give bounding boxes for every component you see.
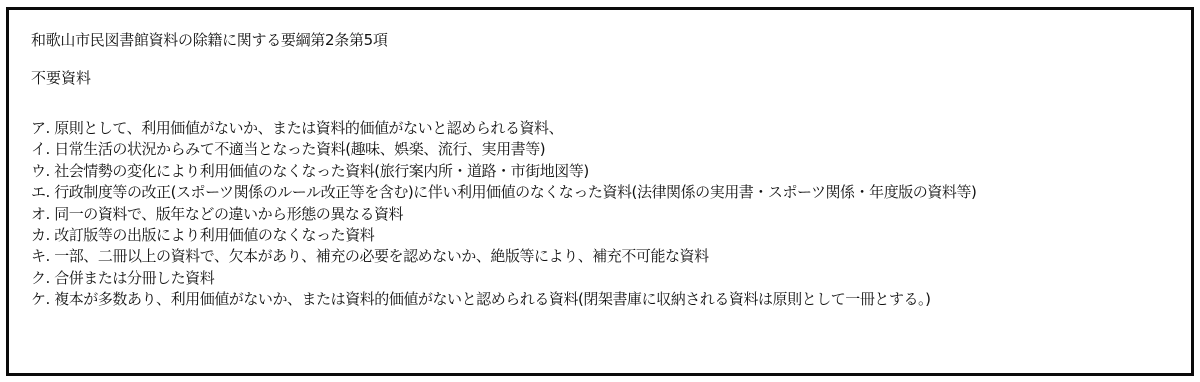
criteria-list: ア. 原則として、利用価値がないか、または資料的価値がないと認められる資料、 イ… bbox=[31, 118, 976, 311]
item-text: 改訂版等の出版により利用価値のなくなった資料 bbox=[50, 226, 374, 244]
item-text: 複本が多数あり、利用価値がないか、または資料的価値がないと認められる資料(閉架書… bbox=[50, 290, 931, 308]
item-marker: エ. bbox=[31, 182, 50, 203]
item-marker: オ. bbox=[31, 204, 50, 225]
list-item: ク. 合併または分冊した資料 bbox=[31, 268, 976, 289]
list-item: カ. 改訂版等の出版により利用価値のなくなった資料 bbox=[31, 225, 976, 246]
item-marker: イ. bbox=[31, 139, 50, 160]
document-box: 和歌山市民図書館資料の除籍に関する要綱第2条第5項 不要資料 ア. 原則として、… bbox=[6, 7, 1194, 376]
item-marker: ケ. bbox=[31, 289, 50, 310]
document-subtitle: 不要資料 bbox=[31, 68, 91, 88]
item-marker: キ. bbox=[31, 246, 50, 267]
item-text: 合併または分冊した資料 bbox=[50, 269, 214, 287]
item-marker: カ. bbox=[31, 225, 50, 246]
item-text: 社会情勢の変化により利用価値のなくなった資料(旅行案内所・道路・市街地図等) bbox=[50, 162, 589, 180]
list-item: キ. 一部、二冊以上の資料で、欠本があり、補充の必要を認めないか、絶版等により、… bbox=[31, 246, 976, 267]
list-item: ケ. 複本が多数あり、利用価値がないか、または資料的価値がないと認められる資料(… bbox=[31, 289, 976, 310]
list-item: ウ. 社会情勢の変化により利用価値のなくなった資料(旅行案内所・道路・市街地図等… bbox=[31, 161, 976, 182]
item-text: 一部、二冊以上の資料で、欠本があり、補充の必要を認めないか、絶版等により、補充不… bbox=[50, 247, 709, 265]
document-title: 和歌山市民図書館資料の除籍に関する要綱第2条第5項 bbox=[31, 30, 388, 50]
list-item: オ. 同一の資料で、版年などの違いから形態の異なる資料 bbox=[31, 204, 976, 225]
item-text: 原則として、利用価値がないか、または資料的価値がないと認められる資料、 bbox=[50, 119, 563, 137]
item-marker: ク. bbox=[31, 268, 50, 289]
item-marker: ウ. bbox=[31, 161, 50, 182]
list-item: エ. 行政制度等の改正(スポーツ関係のルール改正等を含む)に伴い利用価値のなくな… bbox=[31, 182, 976, 203]
item-text: 行政制度等の改正(スポーツ関係のルール改正等を含む)に伴い利用価値のなくなった資… bbox=[50, 183, 977, 201]
item-marker: ア. bbox=[31, 118, 50, 139]
item-text: 日常生活の状況からみて不適当となった資料(趣味、娯楽、流行、実用書等) bbox=[50, 140, 545, 158]
item-text: 同一の資料で、版年などの違いから形態の異なる資料 bbox=[50, 205, 403, 223]
list-item: イ. 日常生活の状況からみて不適当となった資料(趣味、娯楽、流行、実用書等) bbox=[31, 139, 976, 160]
list-item: ア. 原則として、利用価値がないか、または資料的価値がないと認められる資料、 bbox=[31, 118, 976, 139]
